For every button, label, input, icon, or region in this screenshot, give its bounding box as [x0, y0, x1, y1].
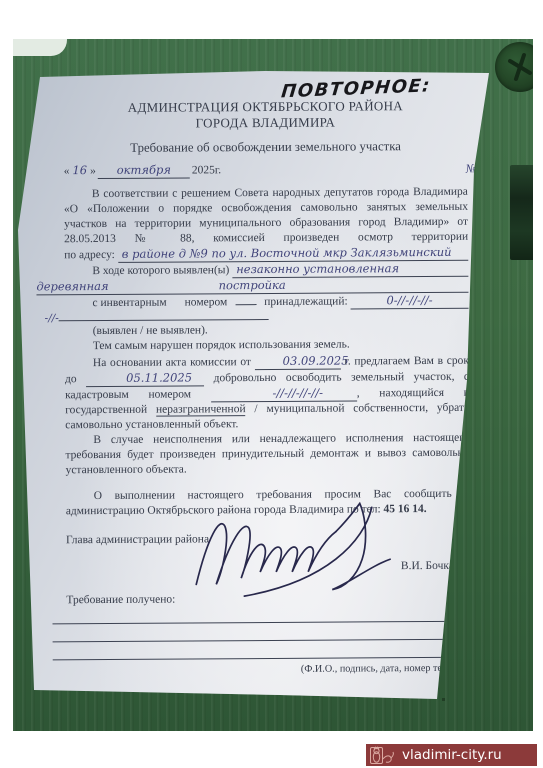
dirt-speckles: [13, 39, 14, 40]
head-role-label: Глава администрации района: [66, 533, 209, 546]
inventory-line: с инвентарным номером принадлежащий: 0-/…: [64, 293, 468, 311]
document-title: Требование об освобождении земельного уч…: [64, 139, 468, 156]
handwritten-doc-number: №51/: [465, 160, 494, 177]
quote-open: «: [64, 164, 70, 179]
screw-head-icon: [495, 42, 533, 92]
paragraph-contact: О выполнении настоящего требования проси…: [66, 487, 470, 519]
address-label: по адресу:: [64, 248, 115, 263]
notice-paper: ПОВТОРНОЕ: АДМИНСТРАЦИЯ ОКТЯБРЬСКОГО РАЙ…: [15, 69, 509, 705]
inventory-label-2: номером: [185, 295, 228, 310]
handwritten-day: 16: [72, 163, 87, 178]
footer-note: (Ф.И.О., подпись, дата, номер телефона): [67, 661, 477, 679]
watermark-url: vladimir-city.ru: [402, 744, 502, 766]
demand-text-a: На основании акта комиссии от: [93, 356, 251, 369]
site-watermark: vladimir-city.ru: [366, 744, 537, 766]
paragraph-legal-basis: В соответствии с решением Совета народны…: [64, 185, 468, 247]
handwritten-found-3: постройка: [219, 278, 286, 293]
notice-content: ПОВТОРНОЕ: АДМИНСТРАЦИЯ ОКТЯБРЬСКОГО РАЙ…: [63, 80, 471, 678]
head-name: В.И. Бочкарев: [401, 559, 470, 574]
handwritten-found-1: незаконно установленная: [232, 261, 468, 278]
inventory-blank: [235, 304, 256, 305]
fill-in-line-3: [53, 640, 479, 661]
wood-slot: [510, 165, 533, 260]
handwritten-month: октября: [98, 162, 190, 179]
screw-cross-icon: [504, 51, 533, 83]
owner-label: принадлежащий:: [264, 295, 348, 311]
paragraph-demand: На основании акта комиссии от 03.09.2025…: [65, 353, 469, 433]
handwritten-found-2: деревянная: [36, 279, 108, 294]
paragraph-warning: В случае неисполнения или ненадлежащего …: [65, 431, 469, 478]
contact-phone: 45 16 14.: [383, 503, 426, 515]
quote-close: »: [90, 164, 96, 179]
date-row: « 16 » октября 2025г. №51/: [64, 161, 468, 182]
inventory-label-1: с инвентарным: [64, 296, 166, 312]
org-name: АДМИНСТРАЦИЯ ОКТЯБРЬСКОГО РАЙОНА ГОРОДА …: [63, 98, 467, 132]
org-name-line2: ГОРОДА ВЛАДИМИРА: [63, 114, 467, 132]
handwritten-stamp: ПОВТОРНОЕ:: [281, 76, 482, 99]
light-patch: [13, 39, 67, 56]
found-line: В ходе которого выявлен(ы) незаконно уст…: [64, 261, 468, 279]
handwritten-owner: 0-//-//-//-: [350, 293, 468, 310]
demand-text-underlined: неразграниченной: [156, 403, 246, 417]
found-label: В ходе которого выявлен(ы): [92, 263, 229, 279]
signature-area: Глава администрации района В.И. Бочкарев: [66, 531, 470, 585]
violation-line: Тем самым нарушен порядок использования …: [65, 337, 469, 354]
handwritten-cadastral: -//-//-//-//-: [211, 385, 357, 402]
vladimir-lion-emblem-icon: [369, 746, 397, 765]
inventory-blank-2: [59, 319, 269, 321]
handwritten-act-date: 03.09.2025: [255, 354, 341, 371]
photo-green-fence: ПОВТОРНОЕ: АДМИНСТРАЦИЯ ОКТЯБРЬСКОГО РАЙ…: [13, 39, 533, 731]
handwritten-deadline: 05.11.2025: [86, 370, 204, 387]
printed-year: 2025г.: [192, 163, 221, 178]
handwritten-inventory: -//-: [45, 311, 59, 326]
